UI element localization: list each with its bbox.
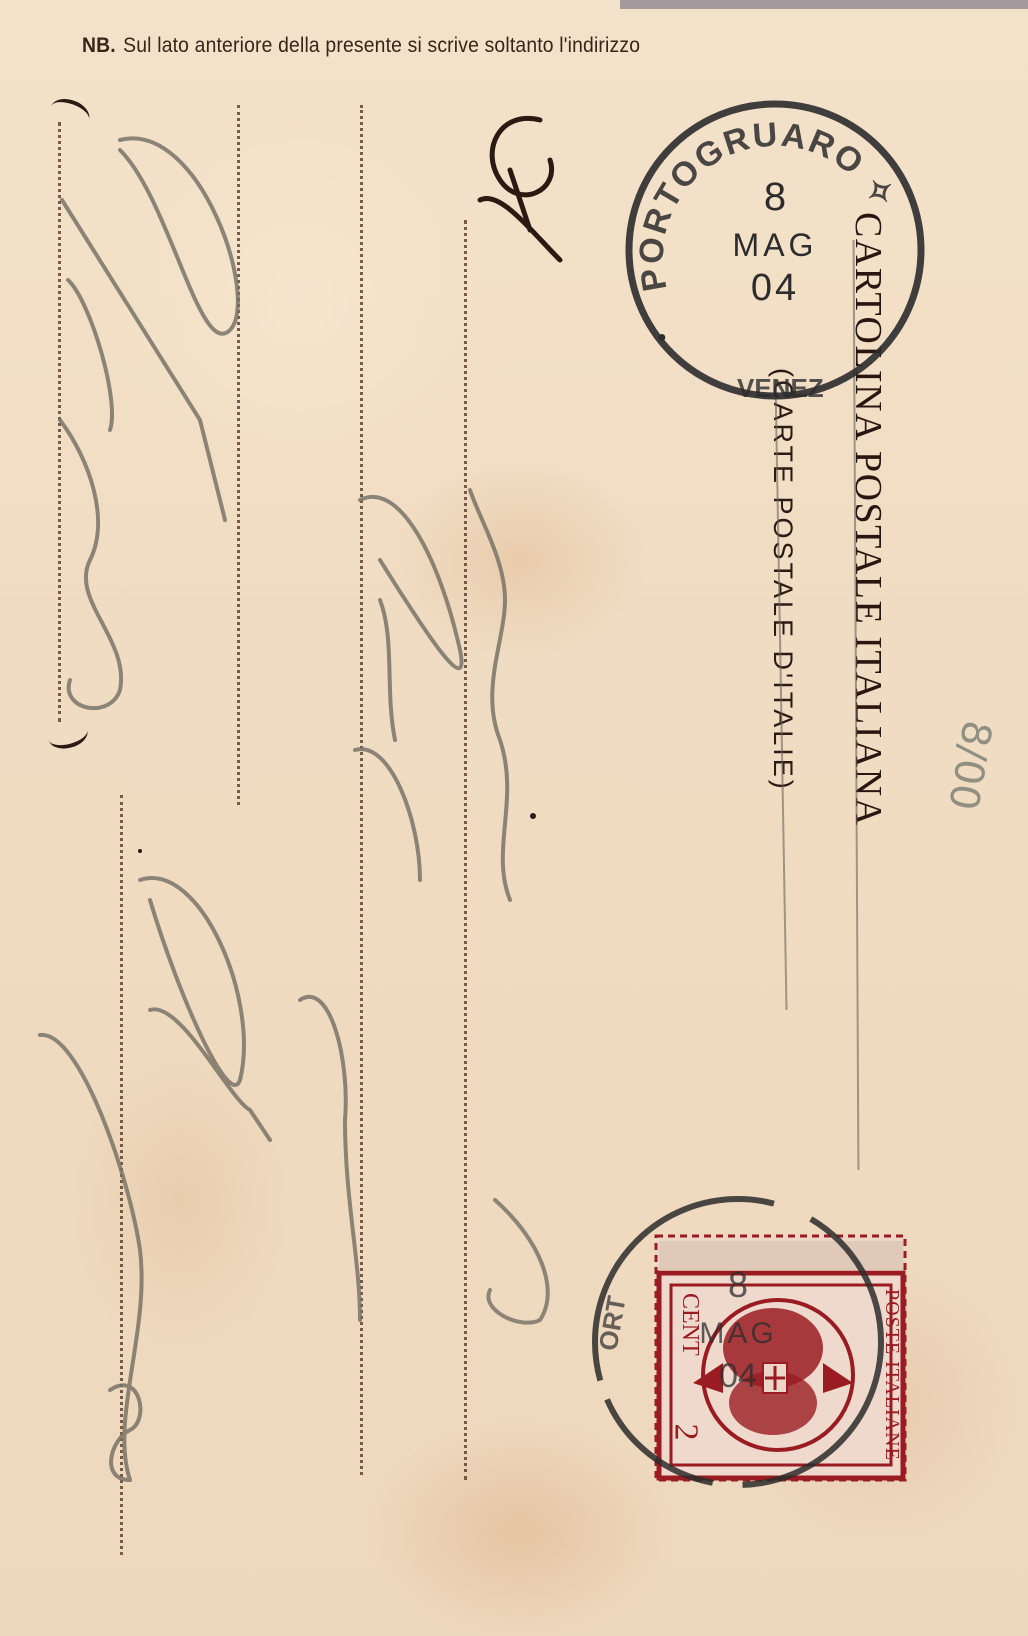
postmark-top: PORTOGRUARO ✧ ● VENEZ 8 MAG 04 — [622, 97, 928, 403]
svg-text:●: ● — [657, 329, 667, 346]
postmark-top-day: 8 — [622, 175, 928, 220]
postmark-bottom: ORT 8 MAG 04 — [588, 1192, 888, 1492]
postmark-bottom-month: MAG — [588, 1317, 888, 1351]
svg-text:VENEZ: VENEZ — [737, 373, 824, 403]
postmark-top-year: 04 — [622, 267, 928, 310]
postcard: NB.Sul lato anteriore della presente si … — [0, 0, 1028, 1636]
postmark-bottom-day: 8 — [588, 1264, 888, 1306]
postmark-bottom-year: 04 — [588, 1357, 888, 1396]
postmark-top-month: MAG — [622, 227, 928, 264]
